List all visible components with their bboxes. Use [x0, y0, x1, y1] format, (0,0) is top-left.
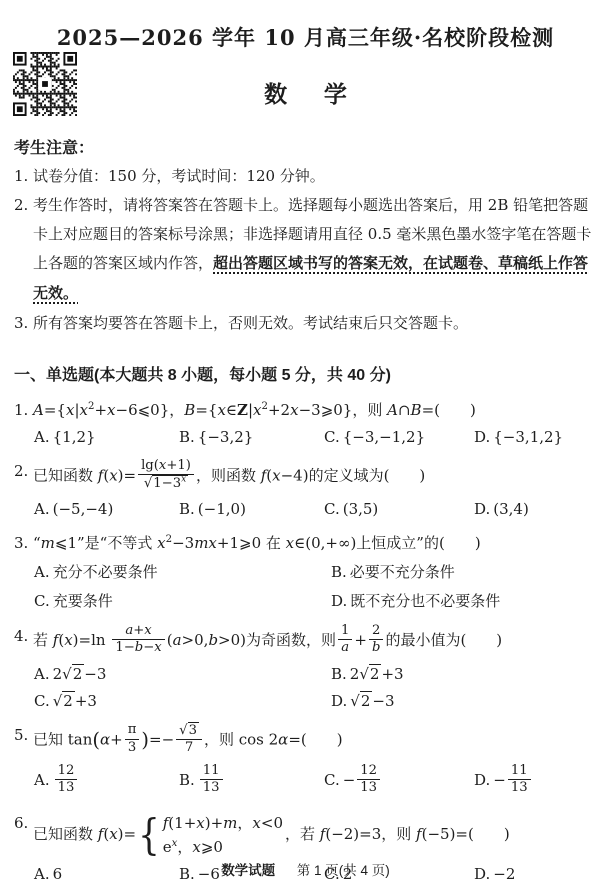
- option-row: C.√2+3D.√2−3: [14, 691, 597, 710]
- option-C: C.{−3,−1,2}: [324, 428, 474, 446]
- question-number: 4.: [14, 624, 28, 648]
- question-stem: 6.已知函数 f(x)={f(1+x)+m，x<0ex，x⩾0，若 f(−2)=…: [14, 811, 597, 859]
- option-label: B.: [179, 428, 195, 446]
- option-row: A.充分不必要条件B.必要不充分条件: [14, 561, 597, 582]
- option-row: A.2√2−3B.2√2+3: [14, 664, 597, 683]
- option-B: B.{−3,2}: [179, 428, 324, 446]
- option-label: C.: [34, 592, 50, 610]
- notice-list: 1.试卷分值：150 分，考试时间：120 分钟。2.考生作答时，请将答案答在答…: [14, 162, 597, 338]
- option-D: D.√2−3: [331, 691, 597, 710]
- page-title: 2025—2026 学年 10 月高三年级·名校阶段检测: [14, 22, 597, 52]
- option-label: A.: [34, 428, 50, 446]
- option-C: C.−1213: [324, 764, 474, 798]
- option-D: D.{−3,1,2}: [474, 428, 597, 446]
- option-D: D.既不充分也不必要条件: [331, 590, 597, 611]
- footer-doc-label: 数学试题: [221, 863, 275, 878]
- question-5: 5.已知 tan(α+π3)=−√37，则 cos 2α=( )A.1213B.…: [14, 723, 597, 798]
- option-label: A.: [34, 771, 50, 789]
- question-number: 6.: [14, 811, 28, 835]
- qr-code: [13, 52, 77, 116]
- notice-item-number: 1.: [14, 162, 28, 191]
- question-3: 3.“m⩽1”是“不等式 x2−3mx+1⩾0 在 x∈(0,+∞)上恒成立”的…: [14, 531, 597, 611]
- option-label: D.: [474, 428, 490, 446]
- question-2: 2.已知函数 f(x)=lg(x+1)√1−3x，则函数 f(x−4)的定义域为…: [14, 459, 597, 518]
- option-B: B.(−1,0): [179, 500, 324, 518]
- option-A: A.1213: [34, 764, 179, 798]
- option-label: B.: [179, 771, 195, 789]
- question-number: 1.: [14, 398, 28, 422]
- option-C: C.充要条件: [34, 590, 331, 611]
- notice-item-number: 3.: [14, 309, 28, 338]
- notice-item-text: 试卷分值：150 分，考试时间：120 分钟。: [33, 167, 325, 185]
- exam-page: 2025—2026 学年 10 月高三年级·名校阶段检测 数学 考生注意： 1.…: [0, 0, 611, 893]
- section-heading: 一、单选题(本大题共 8 小题，每小题 5 分，共 40 分): [14, 362, 597, 385]
- option-A: A.{1,2}: [34, 428, 179, 446]
- notice-item-3: 3.所有答案均要答在答题卡上，否则无效。考试结束后只交答题卡。: [14, 309, 597, 338]
- notice-heading: 考生注意：: [14, 135, 597, 158]
- option-label: C.: [34, 692, 50, 710]
- notice-item-1: 1.试卷分值：150 分，考试时间：120 分钟。: [14, 162, 597, 191]
- question-number: 5.: [14, 723, 28, 747]
- footer-page-label: 第 1 页(共 4 页): [297, 863, 390, 878]
- notice-section: 考生注意： 1.试卷分值：150 分，考试时间：120 分钟。2.考生作答时，请…: [14, 135, 597, 338]
- question-stem: 3.“m⩽1”是“不等式 x2−3mx+1⩾0 在 x∈(0,+∞)上恒成立”的…: [14, 531, 597, 555]
- option-label: C.: [324, 500, 340, 518]
- option-label: D.: [474, 500, 490, 518]
- question-stem: 1.A={x|x2+x−6⩽0}，B={x∈Z|x2+2x−3⩾0}，则 A∩B…: [14, 398, 597, 422]
- notice-item-text: 考生作答时，请将答案答在答题卡上。选择题每小题选出答案后，用 2B 铅笔把答题卡…: [33, 196, 591, 302]
- question-number: 2.: [14, 459, 28, 483]
- subject-title: 数学: [14, 76, 597, 109]
- option-label: A.: [34, 563, 50, 581]
- notice-item-2: 2.考生作答时，请将答案答在答题卡上。选择题每小题选出答案后，用 2B 铅笔把答…: [14, 191, 597, 309]
- option-label: D.: [331, 692, 347, 710]
- option-C: C.√2+3: [34, 691, 331, 710]
- question-stem: 5.已知 tan(α+π3)=−√37，则 cos 2α=( ): [14, 723, 597, 758]
- option-label: B.: [331, 563, 347, 581]
- notice-item-number: 2.: [14, 191, 28, 220]
- option-A: A.(−5,−4): [34, 500, 179, 518]
- question-1: 1.A={x|x2+x−6⩽0}，B={x∈Z|x2+2x−3⩾0}，则 A∩B…: [14, 398, 597, 446]
- option-D: D.(3,4): [474, 500, 597, 518]
- option-label: C.: [324, 428, 340, 446]
- option-row: A.(−5,−4)B.(−1,0)C.(3,5)D.(3,4): [14, 500, 597, 518]
- option-label: B.: [179, 500, 195, 518]
- question-stem: 2.已知函数 f(x)=lg(x+1)√1−3x，则函数 f(x−4)的定义域为…: [14, 459, 597, 494]
- option-row: A.1213B.1113C.−1213D.−1113: [14, 764, 597, 798]
- option-D: D.−1113: [474, 764, 597, 798]
- option-A: A.2√2−3: [34, 664, 331, 683]
- option-B: B.必要不充分条件: [331, 561, 597, 582]
- option-label: A.: [34, 665, 50, 683]
- page-footer: 数学试题第 1 页(共 4 页): [0, 859, 611, 879]
- option-label: D.: [331, 592, 347, 610]
- option-C: C.(3,5): [324, 500, 474, 518]
- option-label: D.: [474, 771, 490, 789]
- option-label: A.: [34, 500, 50, 518]
- question-stem: 4.若 f(x)=ln a+x1−b−x(a>0,b>0)为奇函数，则1a+2b…: [14, 624, 597, 658]
- question-4: 4.若 f(x)=ln a+x1−b−x(a>0,b>0)为奇函数，则1a+2b…: [14, 624, 597, 710]
- option-row: C.充要条件D.既不充分也不必要条件: [14, 590, 597, 611]
- option-B: B.1113: [179, 764, 324, 798]
- notice-item-text: 所有答案均要答在答题卡上，否则无效。考试结束后只交答题卡。: [33, 314, 468, 332]
- option-B: B.2√2+3: [331, 664, 597, 683]
- option-A: A.充分不必要条件: [34, 561, 331, 582]
- option-label: B.: [331, 665, 347, 683]
- questions: 1.A={x|x2+x−6⩽0}，B={x∈Z|x2+2x−3⩾0}，则 A∩B…: [14, 398, 597, 883]
- option-row: A.{1,2}B.{−3,2}C.{−3,−1,2}D.{−3,1,2}: [14, 428, 597, 446]
- option-label: C.: [324, 771, 340, 789]
- question-number: 3.: [14, 531, 28, 555]
